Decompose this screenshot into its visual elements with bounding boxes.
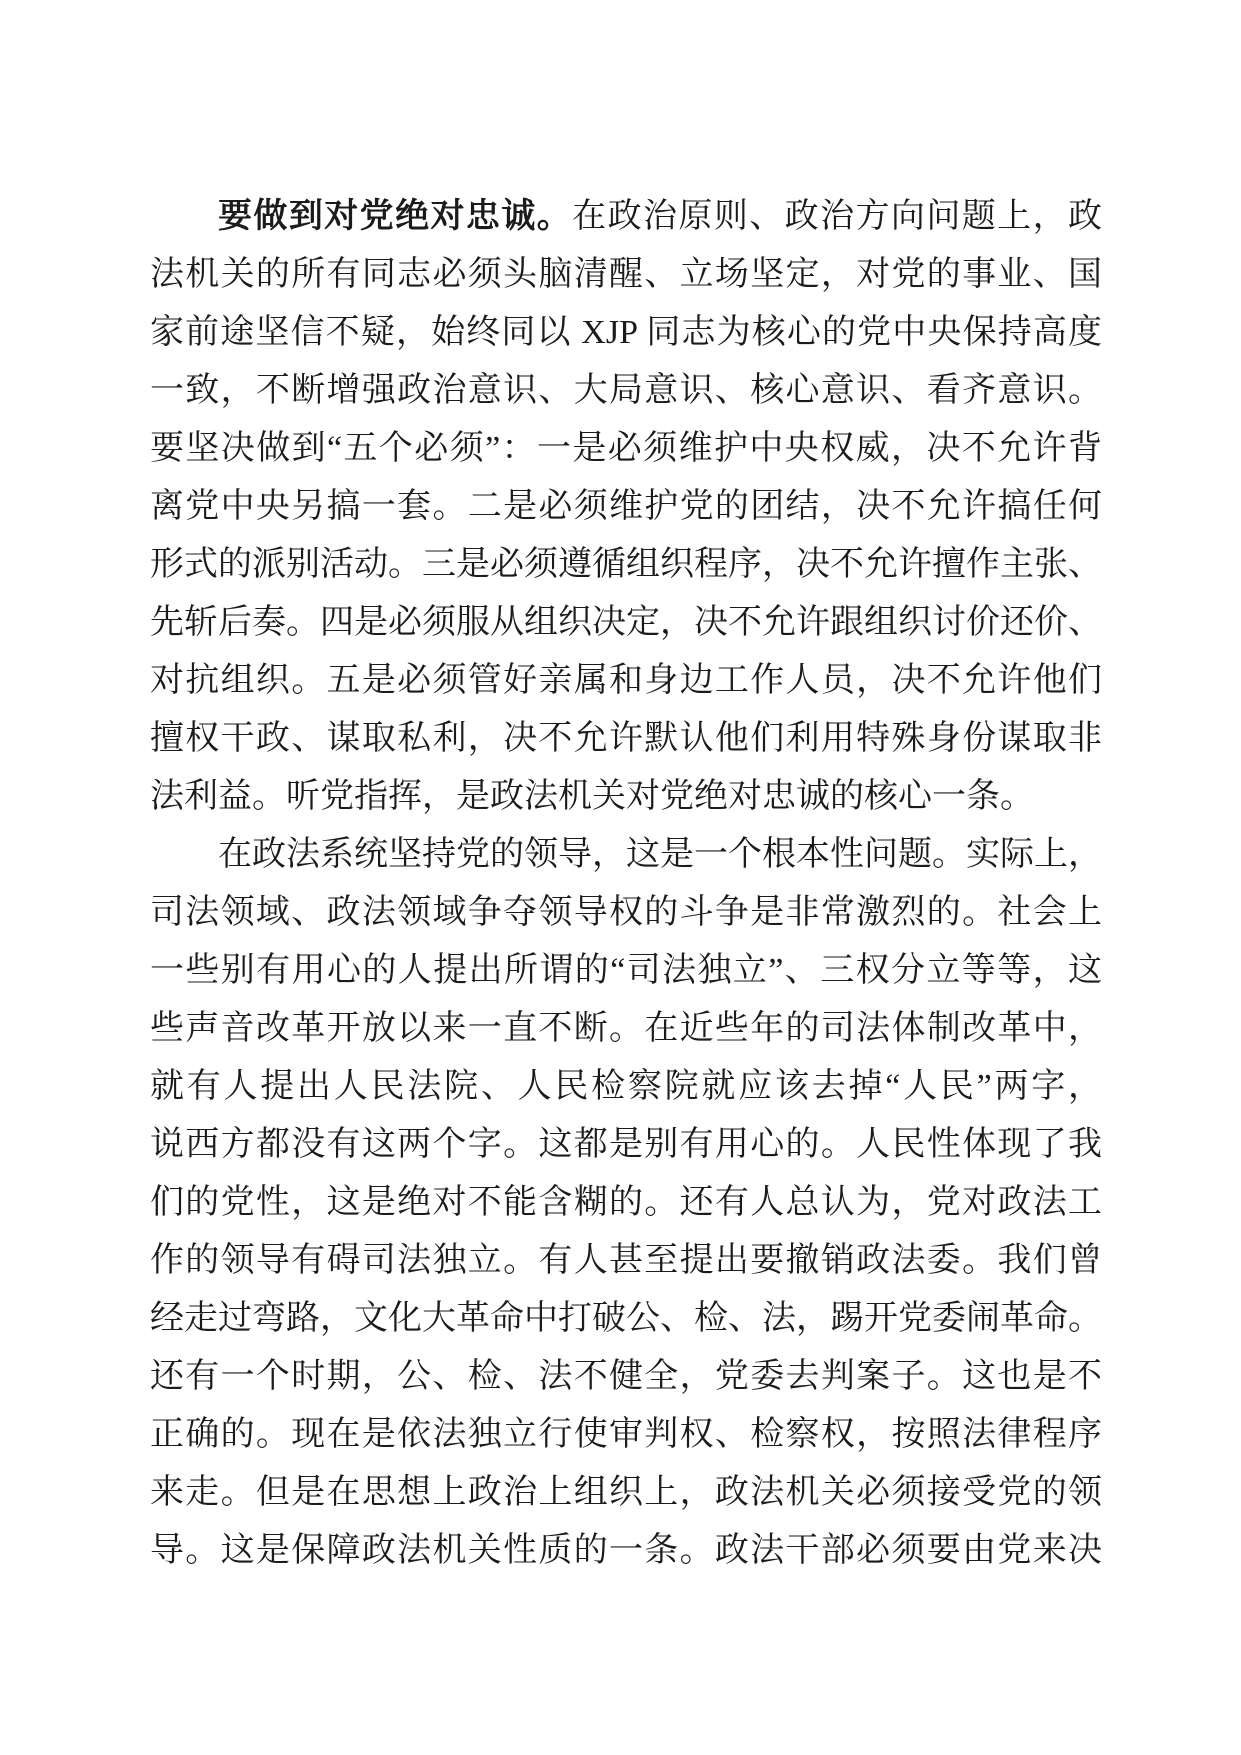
text-line: 还有一个时期，公、检、法不健全，党委去判案子。这也是不 [150,1348,1102,1406]
body-text: 要坚决做到“五个必须”：一是必须维护中央权威，决不允许背 [150,430,1102,467]
text-line: 形式的派别活动。三是必须遵循组织程序，决不允许擅作主张、 [150,536,1102,594]
text-line: 就有人提出人民法院、人民检察院就应该去掉“人民”两字， [150,1058,1102,1116]
text-line: 一致，不断增强政治意识、大局意识、核心意识、看齐意识。 [150,362,1102,420]
text-line: 在政法系统坚持党的领导，这是一个根本性问题。实际上， [150,826,1102,884]
text-line: 要坚决做到“五个必须”：一是必须维护中央权威，决不允许背 [150,420,1102,478]
body-text: 司法领域、政法领域争夺领导权的斗争是非常激烈的。社会上 [150,894,1102,931]
paragraph-1: 要做到对党绝对忠诚。在政治原则、政治方向问题上，政法机关的所有同志必须头脑清醒、… [150,188,1102,826]
body-text: 们的党性，这是绝对不能含糊的。还有人总认为，党对政法工 [150,1184,1102,1221]
body-text: 些声音改革开放以来一直不断。在近些年的司法体制改革中， [150,1010,1102,1047]
body-text: 说西方都没有这两个字。这都是别有用心的。人民性体现了我 [150,1126,1102,1163]
body-text: 先斩后奏。四是必须服从组织决定，决不允许跟组织讨价还价、 [150,604,1102,641]
text-line: 对抗组织。五是必须管好亲属和身边工作人员，决不允许他们 [150,652,1102,710]
body-text: 法机关的所有同志必须头脑清醒、立场坚定，对党的事业、国 [150,256,1102,293]
body-text: 作的领导有碍司法独立。有人甚至提出要撤销政法委。我们曾 [150,1242,1102,1279]
body-text: 家前途坚信不疑，始终同以 XJP 同志为核心的党中央保持高度 [150,314,1102,351]
body-text: 对抗组织。五是必须管好亲属和身边工作人员，决不允许他们 [150,662,1102,699]
body-text: 一些别有用心的人提出所谓的“司法独立”、三权分立等等，这 [150,952,1102,989]
body-text: 法利益。听党指挥，是政法机关对党绝对忠诚的核心一条。 [150,778,1034,815]
body-text: 在政法系统坚持党的领导，这是一个根本性问题。实际上， [218,836,1102,873]
text-line: 们的党性，这是绝对不能含糊的。还有人总认为，党对政法工 [150,1174,1102,1232]
body-text: 正确的。现在是依法独立行使审判权、检察权，按照法律程序 [150,1416,1102,1453]
document-body: 要做到对党绝对忠诚。在政治原则、政治方向问题上，政法机关的所有同志必须头脑清醒、… [150,188,1102,1580]
text-line: 先斩后奏。四是必须服从组织决定，决不允许跟组织讨价还价、 [150,594,1102,652]
text-line: 正确的。现在是依法独立行使审判权、检察权，按照法律程序 [150,1406,1102,1464]
paragraph-2: 在政法系统坚持党的领导，这是一个根本性问题。实际上，司法领域、政法领域争夺领导权… [150,826,1102,1580]
body-text: 就有人提出人民法院、人民检察院就应该去掉“人民”两字， [150,1068,1102,1105]
body-text: 在政治原则、政治方向问题上，政 [572,198,1102,235]
text-line: 法机关的所有同志必须头脑清醒、立场坚定，对党的事业、国 [150,246,1102,304]
body-text: 离党中央另搞一套。二是必须维护党的团结，决不允许搞任何 [150,488,1102,525]
text-line: 一些别有用心的人提出所谓的“司法独立”、三权分立等等，这 [150,942,1102,1000]
body-text: 形式的派别活动。三是必须遵循组织程序，决不允许擅作主张、 [150,546,1102,583]
text-line: 说西方都没有这两个字。这都是别有用心的。人民性体现了我 [150,1116,1102,1174]
body-text: 经走过弯路，文化大革命中打破公、检、法，踢开党委闹革命。 [150,1300,1102,1337]
document-page: 要做到对党绝对忠诚。在政治原则、政治方向问题上，政法机关的所有同志必须头脑清醒、… [0,0,1241,1755]
text-line: 作的领导有碍司法独立。有人甚至提出要撤销政法委。我们曾 [150,1232,1102,1290]
text-line: 法利益。听党指挥，是政法机关对党绝对忠诚的核心一条。 [150,768,1102,826]
text-line: 经走过弯路，文化大革命中打破公、检、法，踢开党委闹革命。 [150,1290,1102,1348]
text-line: 离党中央另搞一套。二是必须维护党的团结，决不允许搞任何 [150,478,1102,536]
text-line: 司法领域、政法领域争夺领导权的斗争是非常激烈的。社会上 [150,884,1102,942]
text-line: 来走。但是在思想上政治上组织上，政法机关必须接受党的领 [150,1464,1102,1522]
bold-lead-text: 要做到对党绝对忠诚。 [218,198,572,235]
body-text: 还有一个时期，公、检、法不健全，党委去判案子。这也是不 [150,1358,1102,1395]
text-line: 些声音改革开放以来一直不断。在近些年的司法体制改革中， [150,1000,1102,1058]
text-line: 擅权干政、谋取私利，决不允许默认他们利用特殊身份谋取非 [150,710,1102,768]
body-text: 导。这是保障政法机关性质的一条。政法干部必须要由党来决 [150,1532,1102,1569]
text-line: 家前途坚信不疑，始终同以 XJP 同志为核心的党中央保持高度 [150,304,1102,362]
body-text: 来走。但是在思想上政治上组织上，政法机关必须接受党的领 [150,1474,1102,1511]
body-text: 一致，不断增强政治意识、大局意识、核心意识、看齐意识。 [150,372,1102,409]
text-line: 导。这是保障政法机关性质的一条。政法干部必须要由党来决 [150,1522,1102,1580]
text-line: 要做到对党绝对忠诚。在政治原则、政治方向问题上，政 [150,188,1102,246]
body-text: 擅权干政、谋取私利，决不允许默认他们利用特殊身份谋取非 [150,720,1102,757]
